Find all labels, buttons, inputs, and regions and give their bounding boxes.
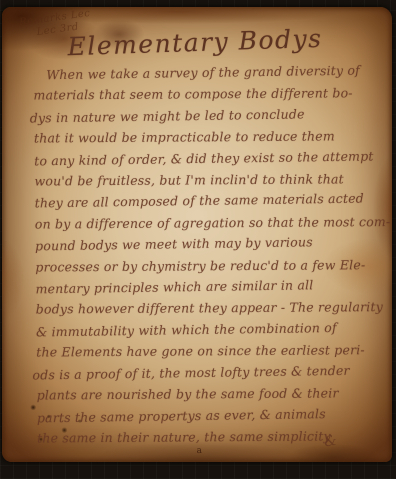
photo-background: Remarks Lec Lec 3rd Elementary Bodys Whe… — [0, 0, 396, 479]
manuscript-line: parts the same propertys as ever, & anim… — [37, 402, 374, 428]
manuscript-line: pound bodys we meet with may by various — [35, 231, 372, 257]
manuscript-body: When we take a survey of the grand diver… — [33, 60, 374, 449]
manuscript-line: they are all composed of the same materi… — [35, 188, 372, 214]
manuscript-page: Remarks Lec Lec 3rd Elementary Bodys Whe… — [2, 7, 392, 462]
manuscript-content: Remarks Lec Lec 3rd Elementary Bodys Whe… — [0, 5, 394, 464]
manuscript-line: to any kind of order, & did they exist s… — [34, 145, 371, 171]
